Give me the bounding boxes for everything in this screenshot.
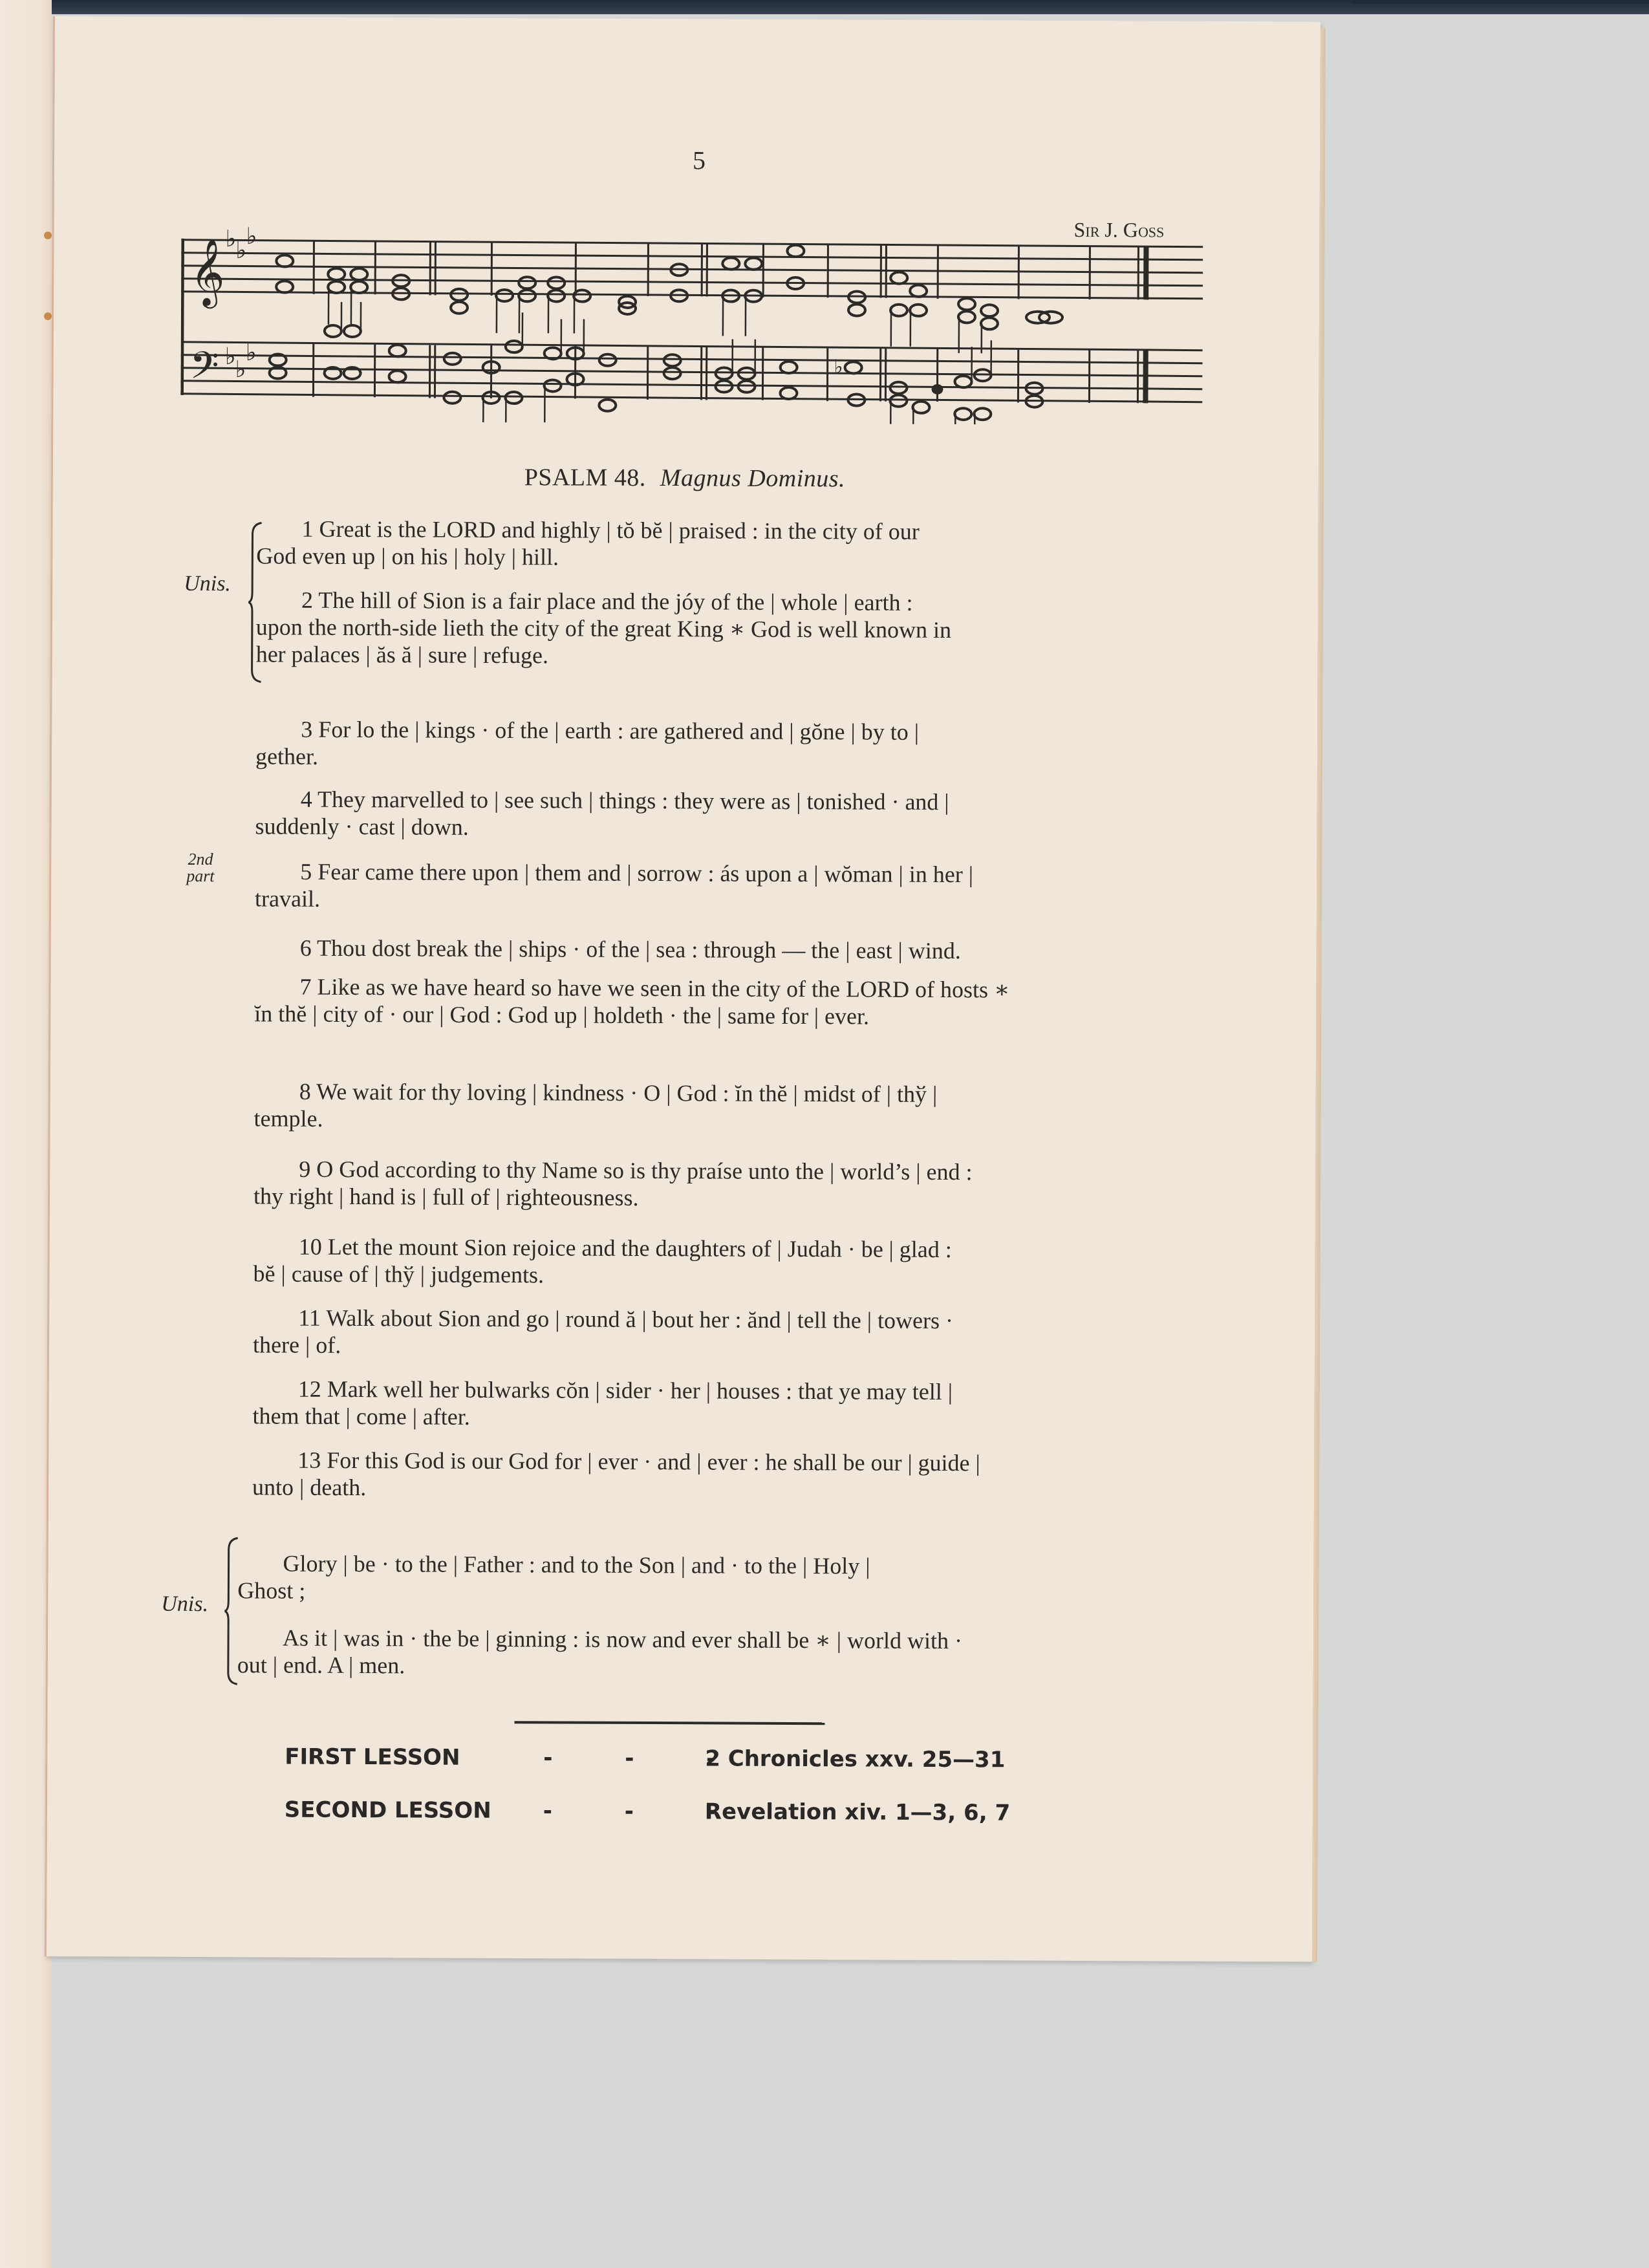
verse-13: 13 For this God is our God for | ever · …: [252, 1446, 1209, 1504]
lesson-reference: Revelation xiv. 1—3, 6, 7: [705, 1798, 1010, 1826]
second-part-marker: 2nd part: [186, 851, 215, 885]
page-number: 5: [693, 145, 706, 175]
treble-clef-icon: 𝄞: [190, 238, 225, 308]
verse-11: 11 Walk about Sion and go | round ă | bo…: [253, 1304, 1210, 1362]
psalm-latin-title: Magnus Dominus.: [660, 464, 845, 492]
verse-1: 1 Great is the LORD and highly | tŏ bĕ |…: [256, 515, 1213, 573]
filled-notehead: [931, 384, 943, 394]
booklet-page: 5 Sir J. Goss 𝄞 𝄢 ♭♭♭ ♭♭♭: [45, 16, 1320, 1962]
verse-9: 9 O God according to thy Name so is thy …: [253, 1155, 1211, 1213]
psalm-title: PSALM 48.Magnus Dominus.: [51, 461, 1319, 495]
verse-2: 2 The hill of Sion is a fair place and t…: [256, 586, 1214, 671]
bass-staff: [180, 342, 1202, 402]
unis-marker: Unis.: [184, 572, 231, 596]
system-barline: [182, 239, 182, 395]
bass-clef-icon: 𝄢: [189, 343, 219, 396]
svg-text:♭: ♭: [225, 227, 236, 252]
rust-stain: [44, 312, 52, 320]
rust-stain: [44, 232, 52, 239]
verse-7: 7 Like as we have heard so have we seen …: [254, 973, 1211, 1031]
facing-page-edge: [0, 0, 52, 2268]
verse-8: 8 We wait for thy loving | kindness · O …: [253, 1077, 1211, 1136]
lesson-label: SECOND LESSON: [285, 1797, 491, 1824]
verse-10: 10 Let the mount Sion rejoice and the da…: [253, 1233, 1210, 1291]
gloria-verse-1: Glory | be · to the | Father : and to th…: [237, 1550, 1194, 1608]
flat-accidental: ♭: [834, 356, 843, 378]
lesson-reference: 2 Chronicles xxv. 25—31: [705, 1745, 1005, 1773]
key-signature-flats: ♭♭♭ ♭♭♭: [225, 227, 257, 383]
svg-text:♭: ♭: [246, 340, 257, 366]
psalm-verses: 1 Great is the LORD and highly | tŏ bĕ |…: [257, 515, 1214, 519]
svg-text:♭: ♭: [235, 237, 246, 264]
verse-12: 12 Mark well her bulwarks cŏn | sider · …: [252, 1375, 1209, 1433]
lesson-label: FIRST LESSON: [285, 1744, 460, 1771]
psalm-number: PSALM 48.: [524, 464, 646, 491]
section-divider: [514, 1721, 824, 1725]
gloria-verse-2: As it | was in · the be | ginning : is n…: [237, 1624, 1194, 1682]
verse-3: 3 For lo the | kings · of the | earth : …: [255, 715, 1212, 773]
verse-6: 6 Thou dost break the | ships · of the |…: [255, 934, 1212, 965]
verse-5: 5 Fear came there upon | them and | sorr…: [255, 858, 1212, 916]
verse-4: 4 They marvelled to | see such | things …: [255, 785, 1212, 843]
booklet-cover-edge-right: [1352, 0, 1649, 4]
chant-score: 𝄞 𝄢 ♭♭♭ ♭♭♭: [180, 227, 1203, 426]
svg-text:♭: ♭: [235, 356, 246, 383]
unis-marker-gloria: Unis.: [161, 1592, 208, 1617]
svg-text:♭: ♭: [225, 343, 236, 370]
svg-text:♭: ♭: [246, 227, 257, 250]
